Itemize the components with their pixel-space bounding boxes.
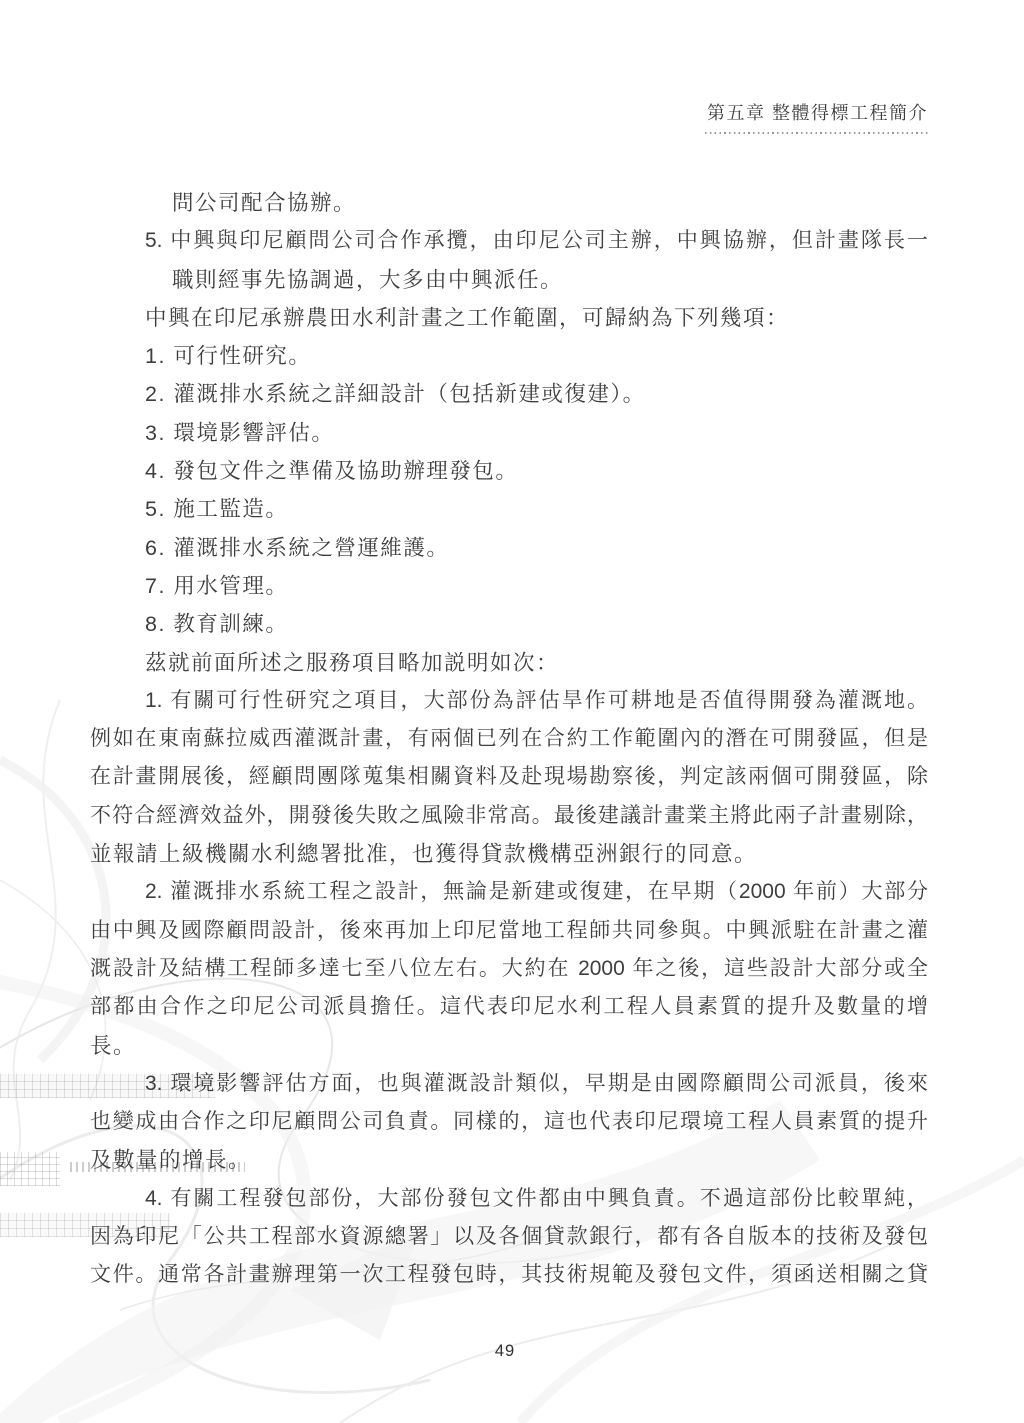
text-line: 長。 [90,1027,928,1065]
watermark-grid-pattern [0,1152,60,1186]
body-text: 問公司配合協辦。5. 中興與印尼顧問公司合作承攬，由印尼公司主辦，中興協辦，但計… [90,184,928,1295]
chapter-header: 第五章 整體得標工程簡介 [705,99,930,134]
text-line: 中興在印尼承辦農田水利計畫之工作範圍，可歸納為下列幾項： [90,299,928,337]
text-line: 例如在東南蘇拉威西灌溉計畫，有兩個已列在合約工作範圍內的潛在可開發區，但是 [90,720,928,758]
text-line: 因為印尼「公共工程部水資源總署」以及各個貸款銀行，都有各自版本的技術及發包 [90,1218,928,1256]
page-number: 49 [0,1342,1010,1361]
text-line: 6. 灌溉排水系統之營運維護。 [90,529,928,567]
text-line: 職則經事先協調過，大多由中興派任。 [90,261,928,299]
text-line: 3. 環境影響評估。 [90,414,928,452]
text-line: 4. 有關工程發包部份，大部份發包文件都由中興負責。不過這部份比較單純， [90,1180,928,1218]
text-line: 部都由合作之印尼公司派員擔任。這代表印尼水利工程人員素質的提升及數量的增 [90,988,928,1026]
text-line: 也變成由合作之印尼顧問公司負責。同樣的，這也代表印尼環境工程人員素質的提升 [90,1103,928,1141]
text-line: 7. 用水管理。 [90,567,928,605]
text-line: 不符合經濟效益外，開發後失敗之風險非常高。最後建議計畫業主將此兩子計畫剔除， [90,797,928,835]
text-line: 3. 環境影響評估方面，也與灌溉設計類似，早期是由國際顧問公司派員，後來 [90,1065,928,1103]
chapter-title: 第五章 整體得標工程簡介 [705,99,930,132]
text-line: 問公司配合協辦。 [90,184,928,222]
text-line: 8. 教育訓練。 [90,605,928,643]
document-page: 第五章 整體得標工程簡介 問公司配合協辦。5. 中興與印尼顧問公司合作承攬，由印… [0,0,1024,1423]
text-line: 溉設計及結構工程師多達七至八位左右。大約在 2000 年之後，這些設計大部分或全 [90,950,928,988]
text-line: 1. 有關可行性研究之項目，大部份為評估旱作可耕地是否值得開發為灌溉地。 [90,682,928,720]
text-line: 4. 發包文件之準備及協助辦理發包。 [90,452,928,490]
text-line: 由中興及國際顧問設計，後來再加上印尼當地工程師共同參與。中興派駐在計畫之灌 [90,912,928,950]
text-line: 1. 可行性研究。 [90,337,928,375]
text-line: 在計畫開展後，經顧問團隊蒐集相關資料及赴現場勘察後，判定該兩個可開發區，除 [90,758,928,796]
text-line: 文件。通常各計畫辦理第一次工程發包時，其技術規範及發包文件，須函送相關之貸 [90,1256,928,1294]
text-line: 並報請上級機關水利總署批准，也獲得貸款機構亞洲銀行的同意。 [90,835,928,873]
text-line: 茲就前面所述之服務項目略加説明如次： [90,644,928,682]
text-line: 2. 灌溉排水系統之詳細設計（包括新建或復建）。 [90,375,928,413]
text-line: 5. 施工監造。 [90,490,928,528]
chapter-title-dotted-rule [705,132,930,134]
text-line: 5. 中興與印尼顧問公司合作承攬，由印尼公司主辦，中興協辦，但計畫隊長一 [90,222,928,260]
text-line: 及數量的增長。 [90,1141,928,1179]
text-line: 2. 灌溉排水系統工程之設計，無論是新建或復建，在早期（2000 年前）大部分 [90,873,928,911]
